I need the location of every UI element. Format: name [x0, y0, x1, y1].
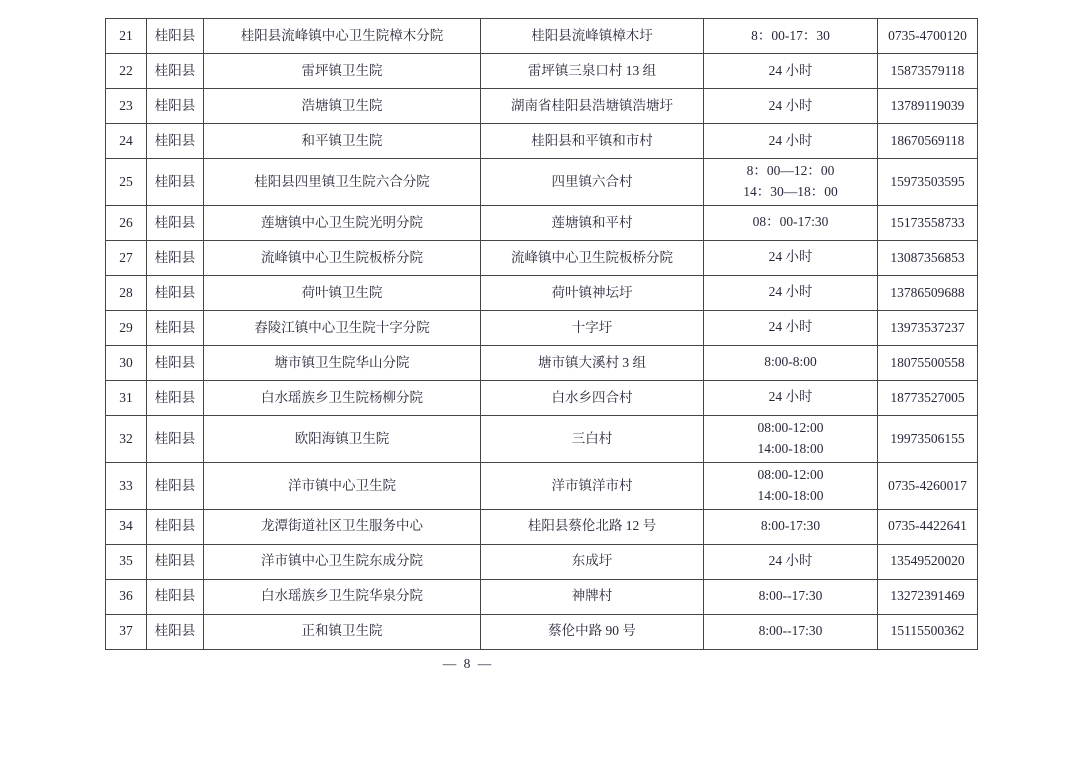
cell-institution-name: 龙潭街道社区卫生服务中心 — [204, 509, 481, 544]
cell-service-hours: 08：00-17:30 — [704, 205, 878, 240]
cell-row-number: 29 — [106, 310, 147, 345]
hours-line: 08:00-12:00 — [708, 418, 873, 439]
cell-county: 桂阳县 — [147, 205, 204, 240]
cell-row-number: 30 — [106, 345, 147, 380]
cell-row-number: 23 — [106, 89, 147, 124]
health-centers-table: 21 桂阳县 桂阳县流峰镇中心卫生院樟木分院 桂阳县流峰镇樟木圩 8：00-17… — [105, 18, 978, 650]
hours-line: 14：30—18：00 — [708, 182, 873, 203]
table-row: 34 桂阳县 龙潭街道社区卫生服务中心 桂阳县蔡伦北路 12 号 8:00-17… — [106, 509, 978, 544]
cell-phone-number: 0735-4422641 — [878, 509, 978, 544]
cell-row-number: 25 — [106, 159, 147, 206]
table-row: 33 桂阳县 洋市镇中心卫生院 洋市镇洋市村 08:00-12:0014:00-… — [106, 462, 978, 509]
cell-address: 三白村 — [481, 415, 704, 462]
cell-county: 桂阳县 — [147, 89, 204, 124]
cell-service-hours: 24 小时 — [704, 240, 878, 275]
cell-institution-name: 白水瑶族乡卫生院杨柳分院 — [204, 380, 481, 415]
hours-line: 8：00-17：30 — [708, 26, 873, 47]
cell-county: 桂阳县 — [147, 275, 204, 310]
cell-row-number: 27 — [106, 240, 147, 275]
hours-line: 24 小时 — [708, 61, 873, 82]
cell-county: 桂阳县 — [147, 509, 204, 544]
cell-county: 桂阳县 — [147, 415, 204, 462]
cell-institution-name: 浩塘镇卫生院 — [204, 89, 481, 124]
cell-row-number: 22 — [106, 54, 147, 89]
cell-address: 雷坪镇三泉口村 13 组 — [481, 54, 704, 89]
table-row: 26 桂阳县 莲塘镇中心卫生院光明分院 莲塘镇和平村 08：00-17:30 1… — [106, 205, 978, 240]
cell-phone-number: 18773527005 — [878, 380, 978, 415]
cell-row-number: 32 — [106, 415, 147, 462]
cell-county: 桂阳县 — [147, 54, 204, 89]
cell-address: 神牌村 — [481, 579, 704, 614]
table-row: 36 桂阳县 白水瑶族乡卫生院华泉分院 神牌村 8:00--17:30 1327… — [106, 579, 978, 614]
hours-line: 24 小时 — [708, 387, 873, 408]
cell-institution-name: 舂陵江镇中心卫生院十字分院 — [204, 310, 481, 345]
cell-row-number: 35 — [106, 544, 147, 579]
table-row: 24 桂阳县 和平镇卫生院 桂阳县和平镇和市村 24 小时 1867056911… — [106, 124, 978, 159]
cell-phone-number: 13786509688 — [878, 275, 978, 310]
table-row: 37 桂阳县 正和镇卫生院 蔡伦中路 90 号 8:00--17:30 1511… — [106, 614, 978, 649]
hours-line: 24 小时 — [708, 282, 873, 303]
cell-address: 莲塘镇和平村 — [481, 205, 704, 240]
cell-county: 桂阳县 — [147, 462, 204, 509]
table-row: 21 桂阳县 桂阳县流峰镇中心卫生院樟木分院 桂阳县流峰镇樟木圩 8：00-17… — [106, 19, 978, 54]
cell-phone-number: 15115500362 — [878, 614, 978, 649]
cell-institution-name: 正和镇卫生院 — [204, 614, 481, 649]
cell-address: 荷叶镇神坛圩 — [481, 275, 704, 310]
hours-line: 8:00-8:00 — [708, 352, 873, 373]
cell-service-hours: 8:00--17:30 — [704, 614, 878, 649]
cell-phone-number: 13272391469 — [878, 579, 978, 614]
cell-row-number: 24 — [106, 124, 147, 159]
hours-line: 08：00-17:30 — [708, 212, 873, 233]
cell-service-hours: 8:00--17:30 — [704, 579, 878, 614]
cell-row-number: 28 — [106, 275, 147, 310]
table-row: 23 桂阳县 浩塘镇卫生院 湖南省桂阳县浩塘镇浩塘圩 24 小时 1378911… — [106, 89, 978, 124]
cell-phone-number: 18075500558 — [878, 345, 978, 380]
cell-service-hours: 08:00-12:0014:00-18:00 — [704, 415, 878, 462]
cell-service-hours: 24 小时 — [704, 89, 878, 124]
cell-service-hours: 24 小时 — [704, 380, 878, 415]
cell-institution-name: 桂阳县流峰镇中心卫生院樟木分院 — [204, 19, 481, 54]
cell-county: 桂阳县 — [147, 240, 204, 275]
table-row: 25 桂阳县 桂阳县四里镇卫生院六合分院 四里镇六合村 8：00—12：0014… — [106, 159, 978, 206]
cell-phone-number: 0735-4260017 — [878, 462, 978, 509]
document-page: 21 桂阳县 桂阳县流峰镇中心卫生院樟木分院 桂阳县流峰镇樟木圩 8：00-17… — [0, 0, 1080, 764]
cell-address: 湖南省桂阳县浩塘镇浩塘圩 — [481, 89, 704, 124]
cell-county: 桂阳县 — [147, 310, 204, 345]
cell-county: 桂阳县 — [147, 159, 204, 206]
cell-service-hours: 24 小时 — [704, 544, 878, 579]
cell-service-hours: 24 小时 — [704, 275, 878, 310]
cell-phone-number: 13789119039 — [878, 89, 978, 124]
cell-institution-name: 洋市镇中心卫生院 — [204, 462, 481, 509]
table-row: 22 桂阳县 雷坪镇卫生院 雷坪镇三泉口村 13 组 24 小时 1587357… — [106, 54, 978, 89]
cell-institution-name: 流峰镇中心卫生院板桥分院 — [204, 240, 481, 275]
hours-line: 24 小时 — [708, 96, 873, 117]
cell-address: 桂阳县和平镇和市村 — [481, 124, 704, 159]
cell-phone-number: 19973506155 — [878, 415, 978, 462]
cell-service-hours: 8:00-17:30 — [704, 509, 878, 544]
cell-address: 塘市镇大溪村 3 组 — [481, 345, 704, 380]
cell-county: 桂阳县 — [147, 579, 204, 614]
cell-service-hours: 08:00-12:0014:00-18:00 — [704, 462, 878, 509]
cell-institution-name: 欧阳海镇卫生院 — [204, 415, 481, 462]
table-body: 21 桂阳县 桂阳县流峰镇中心卫生院樟木分院 桂阳县流峰镇樟木圩 8：00-17… — [106, 19, 978, 650]
table-row: 31 桂阳县 白水瑶族乡卫生院杨柳分院 白水乡四合村 24 小时 1877352… — [106, 380, 978, 415]
hours-line: 24 小时 — [708, 317, 873, 338]
table-row: 35 桂阳县 洋市镇中心卫生院东成分院 东成圩 24 小时 1354952002… — [106, 544, 978, 579]
cell-address: 桂阳县流峰镇樟木圩 — [481, 19, 704, 54]
cell-county: 桂阳县 — [147, 19, 204, 54]
cell-institution-name: 莲塘镇中心卫生院光明分院 — [204, 205, 481, 240]
cell-phone-number: 18670569118 — [878, 124, 978, 159]
hours-line: 14:00-18:00 — [708, 486, 873, 507]
cell-county: 桂阳县 — [147, 124, 204, 159]
cell-phone-number: 13087356853 — [878, 240, 978, 275]
cell-institution-name: 塘市镇卫生院华山分院 — [204, 345, 481, 380]
hours-line: 24 小时 — [708, 551, 873, 572]
page-number: — 8 — — [388, 656, 548, 672]
hours-line: 08:00-12:00 — [708, 465, 873, 486]
cell-row-number: 26 — [106, 205, 147, 240]
cell-phone-number: 13549520020 — [878, 544, 978, 579]
cell-county: 桂阳县 — [147, 345, 204, 380]
cell-address: 四里镇六合村 — [481, 159, 704, 206]
table-row: 27 桂阳县 流峰镇中心卫生院板桥分院 流峰镇中心卫生院板桥分院 24 小时 1… — [106, 240, 978, 275]
table-row: 28 桂阳县 荷叶镇卫生院 荷叶镇神坛圩 24 小时 13786509688 — [106, 275, 978, 310]
cell-address: 桂阳县蔡伦北路 12 号 — [481, 509, 704, 544]
cell-phone-number: 15973503595 — [878, 159, 978, 206]
cell-institution-name: 和平镇卫生院 — [204, 124, 481, 159]
cell-address: 洋市镇洋市村 — [481, 462, 704, 509]
cell-county: 桂阳县 — [147, 380, 204, 415]
cell-row-number: 34 — [106, 509, 147, 544]
cell-row-number: 31 — [106, 380, 147, 415]
cell-address: 蔡伦中路 90 号 — [481, 614, 704, 649]
hours-line: 8:00--17:30 — [708, 621, 873, 642]
cell-phone-number: 15873579118 — [878, 54, 978, 89]
table-row: 30 桂阳县 塘市镇卫生院华山分院 塘市镇大溪村 3 组 8:00-8:00 1… — [106, 345, 978, 380]
cell-institution-name: 白水瑶族乡卫生院华泉分院 — [204, 579, 481, 614]
hours-line: 8：00—12：00 — [708, 161, 873, 182]
cell-address: 白水乡四合村 — [481, 380, 704, 415]
cell-institution-name: 雷坪镇卫生院 — [204, 54, 481, 89]
cell-institution-name: 荷叶镇卫生院 — [204, 275, 481, 310]
cell-phone-number: 0735-4700120 — [878, 19, 978, 54]
cell-service-hours: 24 小时 — [704, 54, 878, 89]
cell-row-number: 21 — [106, 19, 147, 54]
cell-row-number: 33 — [106, 462, 147, 509]
cell-county: 桂阳县 — [147, 614, 204, 649]
cell-address: 十字圩 — [481, 310, 704, 345]
hours-line: 8:00--17:30 — [708, 586, 873, 607]
cell-row-number: 36 — [106, 579, 147, 614]
hours-line: 8:00-17:30 — [708, 516, 873, 537]
cell-county: 桂阳县 — [147, 544, 204, 579]
cell-phone-number: 15173558733 — [878, 205, 978, 240]
hours-line: 14:00-18:00 — [708, 439, 873, 460]
cell-address: 流峰镇中心卫生院板桥分院 — [481, 240, 704, 275]
cell-service-hours: 24 小时 — [704, 310, 878, 345]
table-row: 29 桂阳县 舂陵江镇中心卫生院十字分院 十字圩 24 小时 139735372… — [106, 310, 978, 345]
cell-service-hours: 8：00-17：30 — [704, 19, 878, 54]
cell-institution-name: 桂阳县四里镇卫生院六合分院 — [204, 159, 481, 206]
cell-service-hours: 8:00-8:00 — [704, 345, 878, 380]
cell-service-hours: 24 小时 — [704, 124, 878, 159]
cell-address: 东成圩 — [481, 544, 704, 579]
hours-line: 24 小时 — [708, 131, 873, 152]
cell-phone-number: 13973537237 — [878, 310, 978, 345]
table-row: 32 桂阳县 欧阳海镇卫生院 三白村 08:00-12:0014:00-18:0… — [106, 415, 978, 462]
cell-service-hours: 8：00—12：0014：30—18：00 — [704, 159, 878, 206]
hours-line: 24 小时 — [708, 247, 873, 268]
cell-row-number: 37 — [106, 614, 147, 649]
cell-institution-name: 洋市镇中心卫生院东成分院 — [204, 544, 481, 579]
